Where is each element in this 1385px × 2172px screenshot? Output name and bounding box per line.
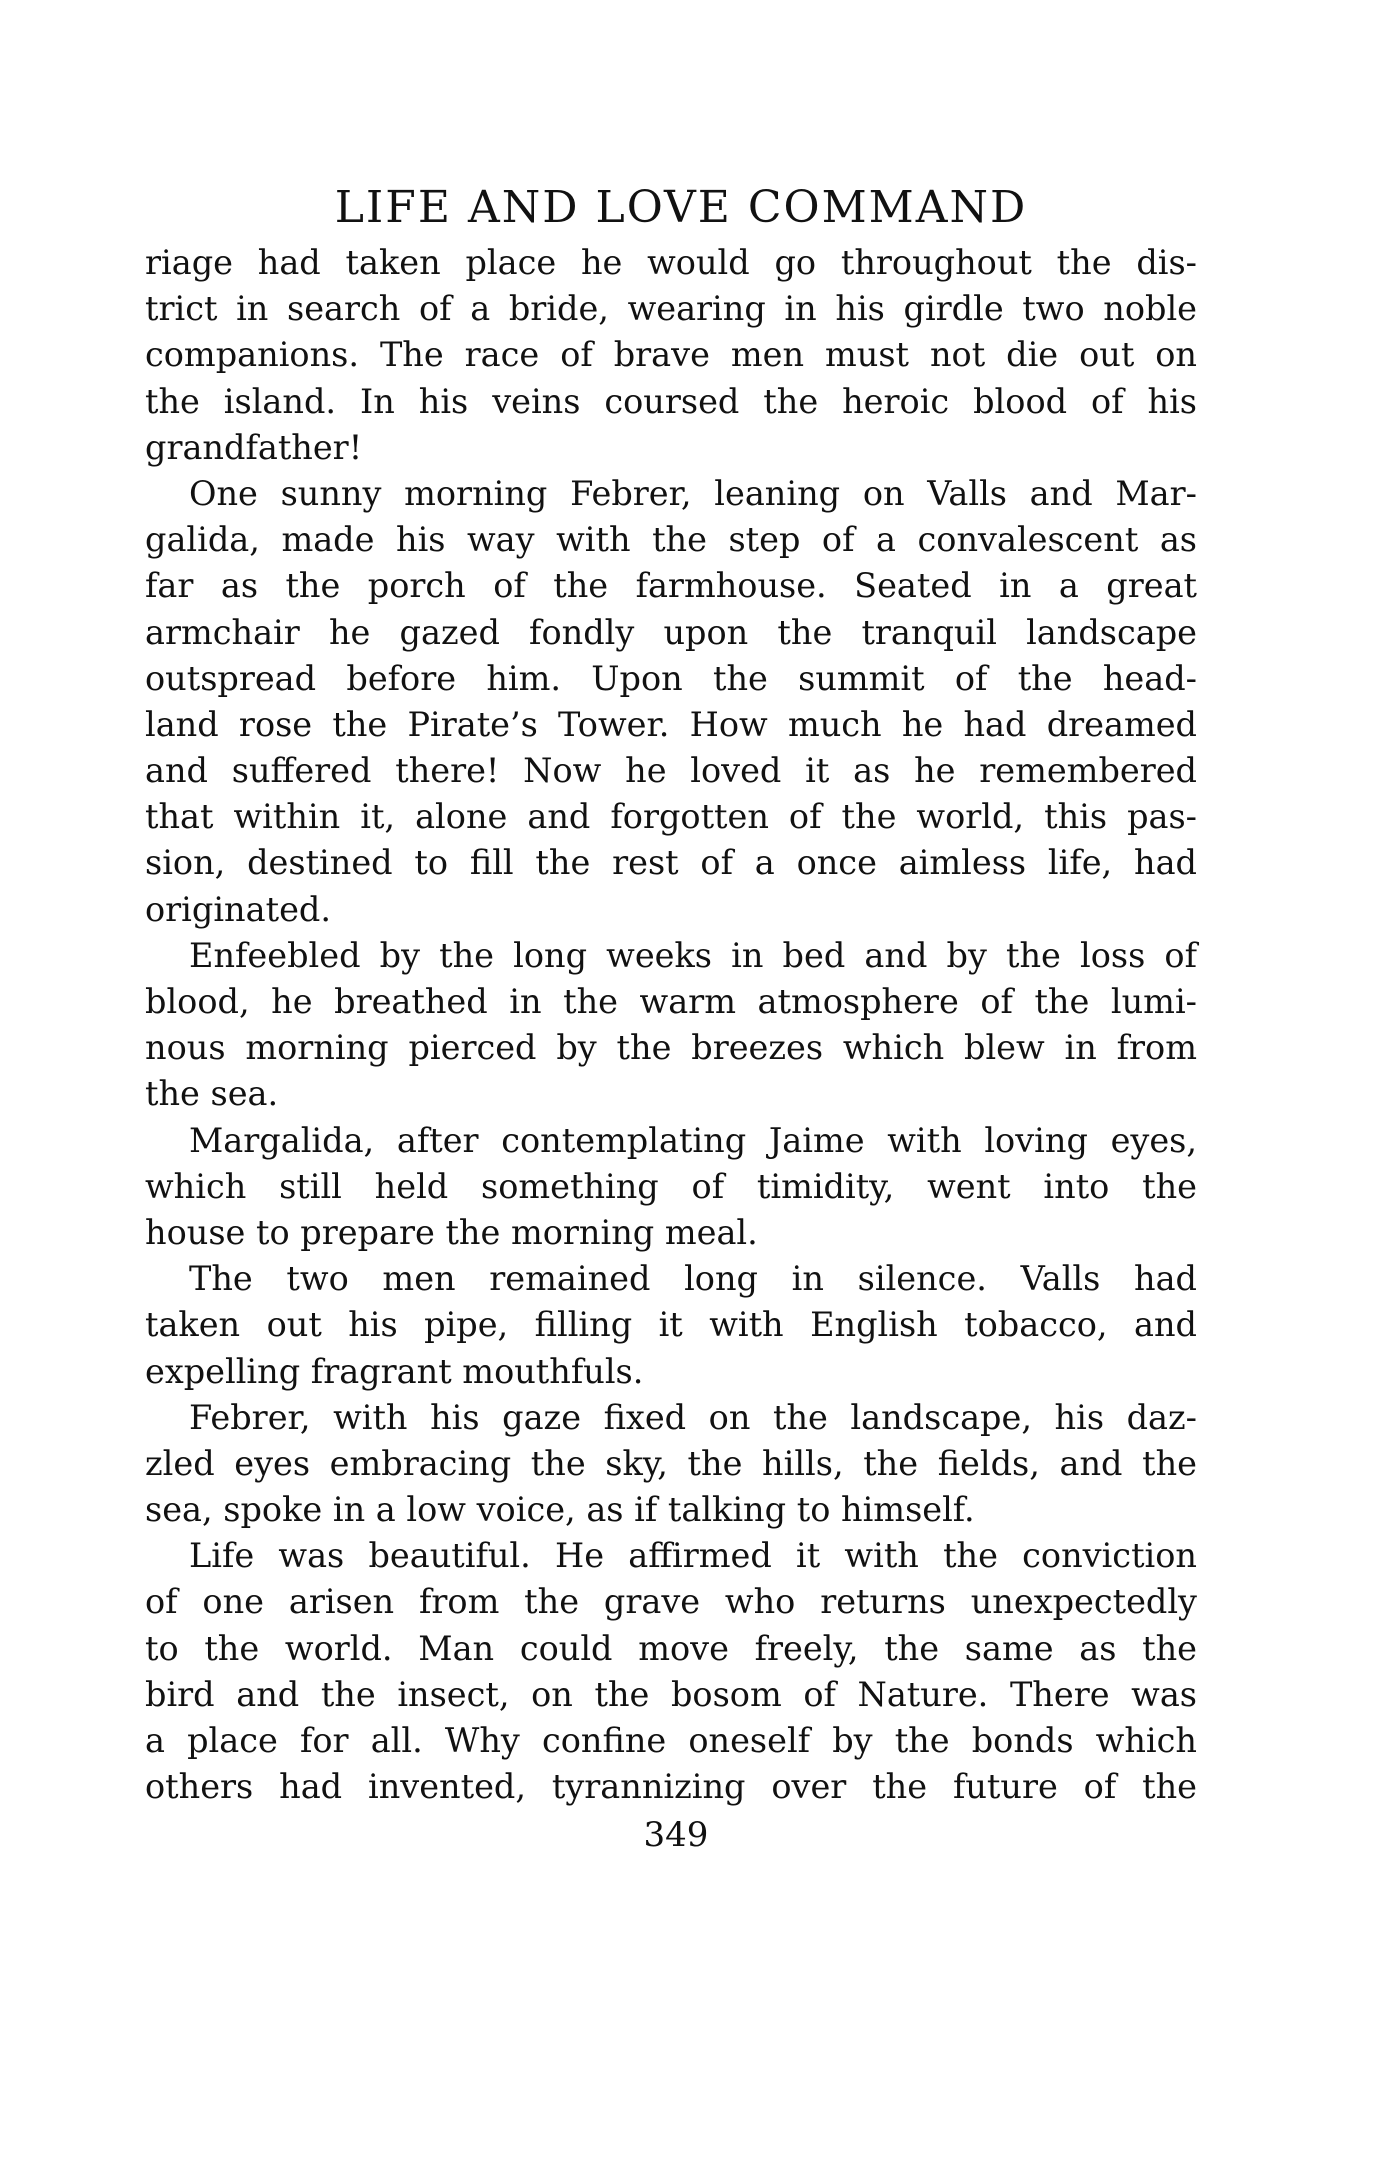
text-line: Life was beautiful. He affirmed it with …: [145, 1533, 1197, 1579]
text-line: Febrer, with his gaze fixed on the lands…: [145, 1395, 1197, 1441]
text-line: galida, made his way with the step of a …: [145, 517, 1197, 563]
paragraph: Margalida, after contemplating Jaime wit…: [145, 1118, 1197, 1257]
text-line: taken out his pipe, filling it with Engl…: [145, 1302, 1197, 1348]
text-line: sion, destined to fill the rest of a onc…: [145, 840, 1197, 886]
text-line: far as the porch of the farmhouse. Seate…: [145, 563, 1197, 609]
body-text: riage had taken place he would go throug…: [145, 240, 1197, 1810]
text-line: house to prepare the morning meal.: [145, 1210, 1197, 1256]
text-line: nous morning pierced by the breezes whic…: [145, 1025, 1197, 1071]
text-line: Margalida, after contemplating Jaime wit…: [145, 1118, 1197, 1164]
text-line: and suffered there! Now he loved it as h…: [145, 748, 1197, 794]
paragraph: Febrer, with his gaze fixed on the lands…: [145, 1395, 1197, 1534]
text-line: One sunny morning Febrer, leaning on Val…: [145, 471, 1197, 517]
paragraph: Enfeebled by the long weeks in bed and b…: [145, 933, 1197, 1118]
text-line: the sea.: [145, 1071, 1197, 1117]
book-page: LIFE AND LOVE COMMAND riage had taken pl…: [145, 178, 1197, 1858]
text-line: companions. The race of brave men must n…: [145, 332, 1197, 378]
text-line: a place for all. Why confine oneself by …: [145, 1718, 1197, 1764]
text-line: which still held something of timidity, …: [145, 1164, 1197, 1210]
paragraph: The two men remained long in silence. Va…: [145, 1256, 1197, 1395]
text-line: outspread before him. Upon the summit of…: [145, 656, 1197, 702]
running-head: LIFE AND LOVE COMMAND: [145, 178, 1197, 238]
paragraph: Life was beautiful. He affirmed it with …: [145, 1533, 1197, 1810]
text-line: to the world. Man could move freely, the…: [145, 1626, 1197, 1672]
text-line: others had invented, tyrannizing over th…: [145, 1764, 1197, 1810]
text-line: The two men remained long in silence. Va…: [145, 1256, 1197, 1302]
text-line: Enfeebled by the long weeks in bed and b…: [145, 933, 1197, 979]
text-line: sea, spoke in a low voice, as if talking…: [145, 1487, 1197, 1533]
text-line: armchair he gazed fondly upon the tranqu…: [145, 610, 1197, 656]
text-line: zled eyes embracing the sky, the hills, …: [145, 1441, 1197, 1487]
text-line: the island. In his veins coursed the her…: [145, 379, 1197, 425]
text-line: trict in search of a bride, wearing in h…: [145, 286, 1197, 332]
text-line: originated.: [145, 887, 1197, 933]
paragraph: One sunny morning Febrer, leaning on Val…: [145, 471, 1197, 933]
text-line: expelling fragrant mouthfuls.: [145, 1349, 1197, 1395]
text-line: land rose the Pirate’s Tower. How much h…: [145, 702, 1197, 748]
text-line: of one arisen from the grave who returns…: [145, 1579, 1197, 1625]
text-line: grandfather!: [145, 425, 1197, 471]
text-line: that within it, alone and forgotten of t…: [145, 794, 1197, 840]
text-line: blood, he breathed in the warm atmospher…: [145, 979, 1197, 1025]
page-number: 349: [145, 1812, 1197, 1858]
text-line: riage had taken place he would go throug…: [145, 240, 1197, 286]
paragraph: riage had taken place he would go throug…: [145, 240, 1197, 471]
text-line: bird and the insect, on the bosom of Nat…: [145, 1672, 1197, 1718]
